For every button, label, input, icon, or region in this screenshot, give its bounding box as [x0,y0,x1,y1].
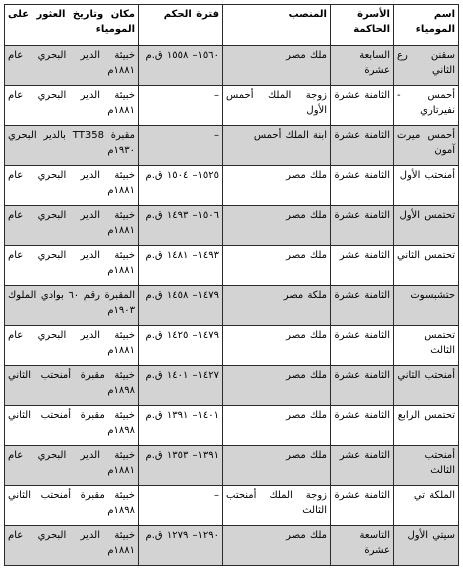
cell-position: ملك مصر [223,526,331,566]
cell-discovery-place: مقبرة TT358 بالدير البحري ١٩٣٠م [5,126,139,166]
table-row: الملكة تي الثامنة عشرة زوجة الملك أمنحتب… [5,486,459,526]
cell-discovery-place: خبيئة الدير البحري عام ١٨٨١م [5,446,139,486]
table-row: سيتي الأول التاسعة عشرة ملك مصر ١٢٩٠– ١٢… [5,526,459,566]
cell-mummy-name: تحتمس الأول [394,206,459,246]
cell-mummy-name: سيتي الأول [394,526,459,566]
cell-position: ملك مصر [223,366,331,406]
cell-dynasty: الثامنة عشرة [331,166,394,206]
table-row: أحمس ميرت آمون الثامنة عشرة ابنة الملك أ… [5,126,459,166]
cell-position: ملك مصر [223,446,331,486]
cell-dynasty: الثامنة عشر [331,446,394,486]
table-row: سقنن رع الثاني السابعة عشرة ملك مصر ١٥٦٠… [5,46,459,86]
cell-discovery-place: خبيئة مقبرة أمنحتب الثاني ١٨٩٨م [5,486,139,526]
cell-mummy-name: أمنحتب الثاني [394,366,459,406]
cell-mummy-name: تحتمس الثالث [394,326,459,366]
cell-dynasty: التاسعة عشرة [331,526,394,566]
table-row: أمنحتب الثاني الثامنة عشرة ملك مصر ١٤٢٧–… [5,366,459,406]
cell-dynasty: الثامنة عشر [331,246,394,286]
cell-mummy-name: أمنحتب الثالث [394,446,459,486]
col-header-dynasty: الأسرة الحاكمة [331,5,394,46]
cell-dynasty: الثامنة عشرة [331,286,394,326]
cell-position: ملك مصر [223,246,331,286]
table-row: تحتمس الأول الثامنة عشرة ملك مصر ١٥٠٦– ١… [5,206,459,246]
cell-mummy-name: سقنن رع الثاني [394,46,459,86]
cell-position: ملك مصر [223,326,331,366]
cell-position: ملك مصر [223,206,331,246]
cell-position: ملك مصر [223,166,331,206]
mummies-table: اسم المومياء الأسرة الحاكمة المنصب فترة … [4,4,459,566]
table-row: تحتمس الرابع الثامنة عشرة ملك مصر ١٤٠١– … [5,406,459,446]
cell-position: ابنة الملك أحمس [223,126,331,166]
table-row: تحتمس الثاني الثامنة عشر ملك مصر ١٤٩٣– ١… [5,246,459,286]
cell-dynasty: الثامنة عشرة [331,86,394,126]
cell-reign-period: ١٤٧٩– ١٤٥٨ ق.م [139,286,223,326]
col-header-reign-period: فترة الحكم [139,5,223,46]
cell-discovery-place: خبيئة الدير البحري عام ١٨٨١م [5,246,139,286]
cell-position: ملك مصر [223,46,331,86]
document-page: اسم المومياء الأسرة الحاكمة المنصب فترة … [0,0,463,566]
cell-dynasty: الثامنة عشرة [331,206,394,246]
cell-discovery-place: خبيئة مقبرة أمنحتب الثاني ١٨٩٨م [5,366,139,406]
cell-reign-period: ١٤٩٣– ١٤٨١ ق.م [139,246,223,286]
cell-reign-period: ١٥٦٠– ١٥٥٨ ق.م [139,46,223,86]
cell-reign-period: – [139,126,223,166]
cell-discovery-place: المقبرة رقم ٦٠ بوادي الملوك ١٩٠٣م [5,286,139,326]
cell-mummy-name: تحتمس الثاني [394,246,459,286]
cell-reign-period: ١٤٠١– ١٣٩١ ق.م [139,406,223,446]
cell-reign-period: ١٣٩١– ١٣٥٣ ق.م [139,446,223,486]
cell-mummy-name: تحتمس الرابع [394,406,459,446]
cell-discovery-place: خبيئة الدير البحري عام ١٨٨١م [5,166,139,206]
cell-dynasty: الثامنة عشرة [331,366,394,406]
cell-position: زوجة الملك أحمس الأول [223,86,331,126]
cell-dynasty: الثامنة عشرة [331,126,394,166]
cell-reign-period: ١٥٢٥– ١٥٠٤ ق.م [139,166,223,206]
cell-reign-period: ١٤٧٩– ١٤٢٥ ق.م [139,326,223,366]
cell-position: ملكة مصر [223,286,331,326]
cell-dynasty: الثامنة عشرة [331,326,394,366]
cell-discovery-place: خبيئة الدير البحري عام ١٨٨١م [5,206,139,246]
cell-discovery-place: خبيئة الدير البحري عام ١٨٨١م [5,326,139,366]
cell-reign-period: – [139,486,223,526]
cell-dynasty: الثامنة عشرة [331,486,394,526]
cell-reign-period: ١٢٩٠– ١٢٧٩ ق.م [139,526,223,566]
cell-mummy-name: حتشبسوت [394,286,459,326]
table-row: أمنحتب الأول الثامنة عشرة ملك مصر ١٥٢٥– … [5,166,459,206]
cell-mummy-name: أحمس ميرت آمون [394,126,459,166]
col-header-position: المنصب [223,5,331,46]
cell-position: زوجة الملك أمنحتب الثالث [223,486,331,526]
cell-discovery-place: خبيئة مقبرة أمنحتب الثاني ١٨٩٨م [5,406,139,446]
cell-mummy-name: الملكة تي [394,486,459,526]
cell-reign-period: – [139,86,223,126]
table-row: أمنحتب الثالث الثامنة عشر ملك مصر ١٣٩١– … [5,446,459,486]
cell-mummy-name: أحمس - نفيرتاري [394,86,459,126]
cell-discovery-place: خبيئة الدير البحري عام ١٨٨١م [5,86,139,126]
cell-discovery-place: خبيئة الدير البحري عام ١٨٨١م [5,526,139,566]
cell-discovery-place: خبيئة الدير البحري عام ١٨٨١م [5,46,139,86]
table-row: تحتمس الثالث الثامنة عشرة ملك مصر ١٤٧٩– … [5,326,459,366]
col-header-mummy-name: اسم المومياء [394,5,459,46]
cell-dynasty: السابعة عشرة [331,46,394,86]
table-header-row: اسم المومياء الأسرة الحاكمة المنصب فترة … [5,5,459,46]
col-header-discovery-place: مكان وتاريخ العثور على المومياء [5,5,139,46]
cell-reign-period: ١٤٢٧– ١٤٠١ ق.م [139,366,223,406]
table-row: حتشبسوت الثامنة عشرة ملكة مصر ١٤٧٩– ١٤٥٨… [5,286,459,326]
cell-mummy-name: أمنحتب الأول [394,166,459,206]
cell-reign-period: ١٥٠٦– ١٤٩٣ ق.م [139,206,223,246]
cell-position: ملك مصر [223,406,331,446]
table-row: أحمس - نفيرتاري الثامنة عشرة زوجة الملك … [5,86,459,126]
cell-dynasty: الثامنة عشرة [331,406,394,446]
